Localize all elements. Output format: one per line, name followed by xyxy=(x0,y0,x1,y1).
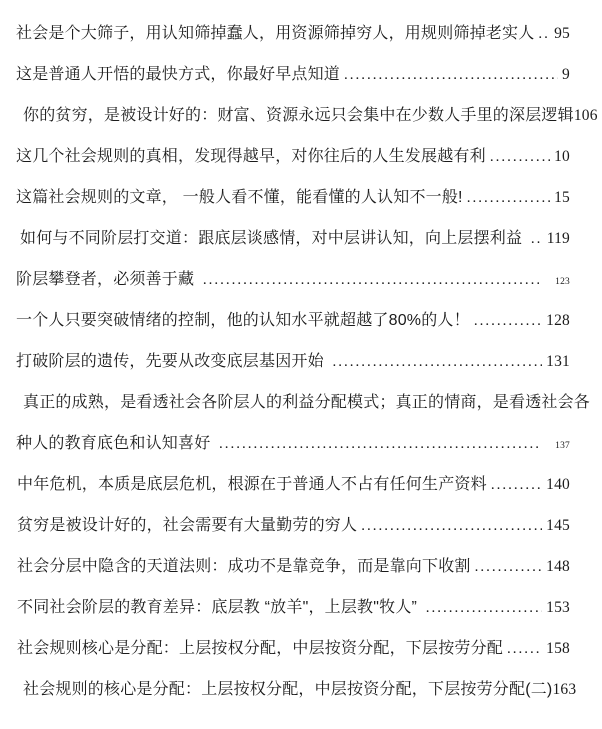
toc-entry-title: 这篇社会规则的文章， 一般人看不懂，能看懂的人认知不一般! xyxy=(16,177,463,218)
toc-entry-title: 社会规则核心是分配：上层按权分配，中层按资分配，下层按劳分配 xyxy=(17,628,503,669)
toc-entry: 打破阶层的遗传，先要从改变底层基因开始 ....................… xyxy=(16,341,570,382)
toc-entry: 阶层攀登者，必须善于藏 ............................… xyxy=(16,259,570,300)
toc-page-number: 95 xyxy=(554,13,570,54)
toc-entry-title: 这是普通人开悟的最快方式，你最好早点知道 xyxy=(16,54,340,95)
toc-entry-title: 这几个社会规则的真相，发现得越早，对你往后的人生发展越有利 xyxy=(16,136,486,177)
toc-entry: 这几个社会规则的真相，发现得越早，对你往后的人生发展越有利 ..........… xyxy=(16,136,570,177)
toc-dot-leader: ........................................… xyxy=(203,260,539,301)
toc-entry-title: 贫穷是被设计好的，社会需要有大量勤劳的穷人 xyxy=(17,505,357,546)
toc-page-number: 15 xyxy=(554,177,570,218)
toc-page-number: 106 xyxy=(574,95,598,136)
toc-entry: 如何与不同阶层打交道：跟底层谈感情，对中层讲认知，向上层摆利益 ........… xyxy=(16,218,570,259)
toc-page-number: 145 xyxy=(546,505,570,546)
toc-page-number: 9 xyxy=(562,54,570,95)
toc-dot-leader: ........................................… xyxy=(467,178,550,219)
toc-page-number: 10 xyxy=(554,136,570,177)
toc-page-number: 137 xyxy=(555,426,570,467)
toc-entry-title: 一个人只要突破情绪的控制，他的认知水平就超越了80%的人！ xyxy=(16,300,470,341)
toc-dot-leader: ........................................… xyxy=(361,506,542,547)
toc-entry: 这是普通人开悟的最快方式，你最好早点知道 ...................… xyxy=(16,54,570,95)
toc-dot-leader: ........................................… xyxy=(531,219,543,260)
toc-entry-title: 社会分层中隐含的天道法则：成功不是靠竞争，而是靠向下收割 xyxy=(17,546,471,587)
toc-page-number: 123 xyxy=(555,262,570,303)
toc-entry: 这篇社会规则的文章， 一般人看不懂，能看懂的人认知不一般! ..........… xyxy=(16,177,570,218)
toc-page-number: 163 xyxy=(552,669,576,710)
toc-entry-title: 阶层攀登者，必须善于藏 xyxy=(16,259,199,300)
toc-entry: 社会规则核心是分配：上层按权分配，中层按资分配，下层按劳分配 .........… xyxy=(16,628,570,669)
toc-page-number: 140 xyxy=(546,464,570,505)
toc-entry: 不同社会阶层的教育差异：底层教 “放羊"，上层教"牧人” ...........… xyxy=(16,587,570,628)
toc-page-number: 158 xyxy=(546,628,570,669)
toc-entry: 你的贫穷，是被设计好的：财富、资源永远只会集中在少数人手里的深层逻辑 106 xyxy=(16,95,570,136)
toc-dot-leader: ........................................… xyxy=(507,629,542,670)
toc-entry: 社会规则的核心是分配：上层按权分配，中层按资分配，下层按劳分配(二) 163 xyxy=(16,669,570,710)
toc-entry: 社会是个大筛子，用认知筛掉蠢人，用资源筛掉穷人，用规则筛掉老实人 .......… xyxy=(16,13,570,54)
toc-entry-title: 打破阶层的遗传，先要从改变底层基因开始 xyxy=(16,341,328,382)
toc-dot-leader: ........................................… xyxy=(344,55,558,96)
toc-page-number: 119 xyxy=(547,218,570,259)
toc-page-number: 153 xyxy=(546,587,570,628)
toc-dot-leader: ........................................… xyxy=(491,465,542,506)
toc-page: 社会是个大筛子，用认知筛掉蠢人，用资源筛掉穷人，用规则筛掉老实人 .......… xyxy=(0,0,602,729)
toc-entry: 种人的教育底色和认知喜好 ...........................… xyxy=(16,423,570,464)
toc-dot-leader: ........................................… xyxy=(475,547,543,588)
toc-entry-title: 社会规则的核心是分配：上层按权分配，中层按资分配，下层按劳分配(二) xyxy=(23,669,552,710)
toc-dot-leader: ........................................… xyxy=(219,424,539,465)
toc-entry-title: 不同社会阶层的教育差异：底层教 “放羊"，上层教"牧人” xyxy=(17,587,422,628)
toc-entry: 贫穷是被设计好的，社会需要有大量勤劳的穷人 ..................… xyxy=(16,505,570,546)
toc-dot-leader: ........................................… xyxy=(474,301,542,342)
toc-page-number: 148 xyxy=(546,546,570,587)
toc-dot-leader: ........................................… xyxy=(490,137,550,178)
toc-entry: 真正的成熟，是看透社会各阶层人的利益分配模式；真正的情商，是看透社会各 xyxy=(16,382,570,423)
toc-entry-title: 种人的教育底色和认知喜好 xyxy=(16,423,215,464)
toc-entry-title: 如何与不同阶层打交道：跟底层谈感情，对中层讲认知，向上层摆利益 xyxy=(20,218,527,259)
toc-dot-leader: ........................................… xyxy=(538,14,550,55)
document-body: { "colors": { "background": "#ffffff", "… xyxy=(0,0,602,729)
toc-dot-leader: ........................................… xyxy=(332,342,542,383)
toc-entry: 社会分层中隐含的天道法则：成功不是靠竞争，而是靠向下收割 ...........… xyxy=(16,546,570,587)
toc-page-number: 128 xyxy=(546,300,570,341)
toc-dot-leader: ........................................… xyxy=(426,588,542,629)
toc-entry-title: 真正的成熟，是看透社会各阶层人的利益分配模式；真正的情商，是看透社会各 xyxy=(23,382,590,423)
toc-list: 社会是个大筛子，用认知筛掉蠢人，用资源筛掉穷人，用规则筛掉老实人 .......… xyxy=(16,13,570,710)
toc-entry-title: 中年危机，本质是底层危机，根源在于普通人不占有任何生产资料 xyxy=(17,464,487,505)
toc-entry-title: 你的贫穷，是被设计好的：财富、资源永远只会集中在少数人手里的深层逻辑 xyxy=(23,95,574,136)
toc-entry: 一个人只要突破情绪的控制，他的认知水平就超越了80%的人！ ..........… xyxy=(16,300,570,341)
toc-page-number: 131 xyxy=(546,341,570,382)
toc-entry-title: 社会是个大筛子，用认知筛掉蠢人，用资源筛掉穷人，用规则筛掉老实人 xyxy=(16,13,534,54)
toc-entry: 中年危机，本质是底层危机，根源在于普通人不占有任何生产资料 ..........… xyxy=(16,464,570,505)
